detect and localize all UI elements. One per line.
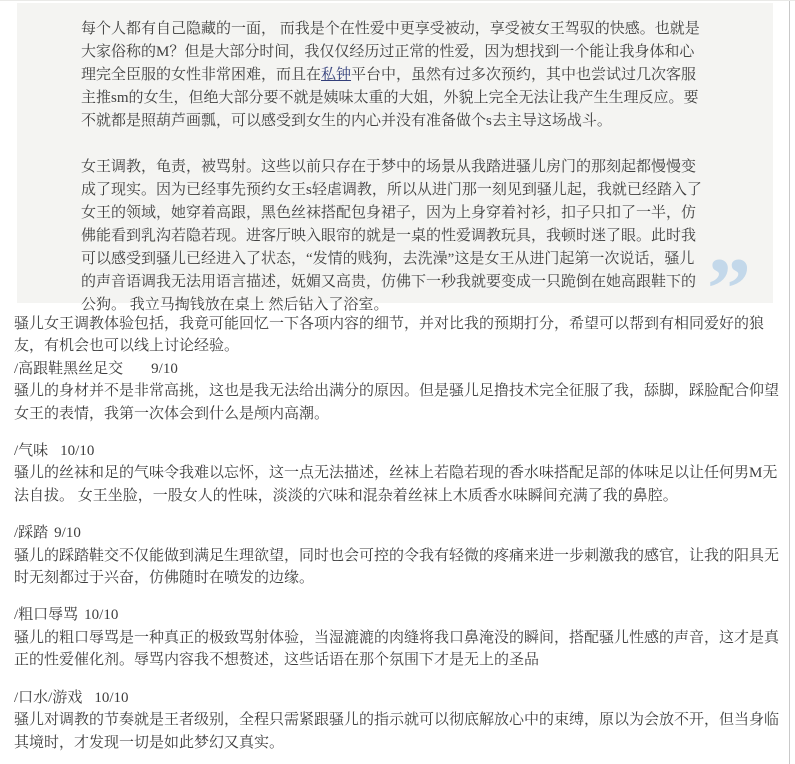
section-body: 骚儿的踩踏鞋交不仅能做到满足生理欲望，同时也会可控的令我有轻微的疼痛来进一步刺激…: [14, 545, 784, 590]
section-body: 骚儿的丝袜和足的气味令我难以忘怀，这一点无法描述，丝袜上若隐若现的香水味搭配足部…: [14, 462, 784, 507]
section-heading: /气味10/10: [14, 440, 784, 462]
section-title: /口水/游戏: [14, 690, 82, 706]
section-body: 骚儿的粗口辱骂是一种真正的极致骂射体验，当湿漉漉的肉缝将我口鼻淹没的瞬间，搭配骚…: [14, 627, 784, 672]
section-heading: /粗口辱骂10/10: [14, 604, 784, 626]
section-title: /粗口辱骂: [14, 607, 78, 623]
review-intro: 骚儿女王调教体验包括，我竟可能回忆一下各项内容的细节，并对比我的预期打分，希望可…: [14, 313, 784, 358]
section-score: 9/10: [54, 522, 81, 544]
paragraph-spacer: [81, 133, 703, 156]
section-heading: /踩踏9/10: [14, 522, 784, 544]
section-title: /踩踏: [14, 525, 48, 541]
section-title: /高跟鞋黑丝足交: [14, 361, 123, 377]
quoted-review-block: 每个人都有自己隐藏的一面， 而我是个在性爱中更享受被动，享受被女王驾驭的快感。也…: [17, 3, 773, 303]
review-section-games: /口水/游戏10/10 骚儿对调教的节奏就是王者级别，全程只需紧跟骚儿的指示就可…: [14, 687, 784, 754]
section-heading: /口水/游戏10/10: [14, 687, 784, 709]
review-body: 骚儿女王调教体验包括，我竟可能回忆一下各项内容的细节，并对比我的预期打分，希望可…: [14, 313, 784, 754]
section-score: 10/10: [60, 440, 94, 462]
section-score: 9/10: [151, 358, 178, 380]
quote-paragraph-1: 每个人都有自己隐藏的一面， 而我是个在性爱中更享受被动，享受被女王驾驭的快感。也…: [81, 18, 703, 133]
page-right-border: [789, 1, 790, 764]
section-title: /气味: [14, 443, 48, 459]
review-section-heels: /高跟鞋黑丝足交9/10 骚儿的身材并不是非常高挑，这也是我无法给出满分的原因。…: [14, 358, 784, 425]
review-section-trampling: /踩踏9/10 骚儿的踩踏鞋交不仅能做到满足生理欲望，同时也会可控的令我有轻微的…: [14, 522, 784, 589]
sizhong-link[interactable]: 私钟: [321, 67, 351, 83]
review-page: 每个人都有自己隐藏的一面， 而我是个在性爱中更享受被动，享受被女王驾驭的快感。也…: [0, 0, 795, 764]
review-section-smell: /气味10/10 骚儿的丝袜和足的气味令我难以忘怀，这一点无法描述，丝袜上若隐若…: [14, 440, 784, 507]
section-body: 骚儿对调教的节奏就是王者级别，全程只需紧跟骚儿的指示就可以彻底解放心中的束缚，原…: [14, 709, 784, 754]
section-heading: /高跟鞋黑丝足交9/10: [14, 358, 784, 380]
section-body: 骚儿的身材并不是非常高挑，这也是我无法给出满分的原因。但是骚儿足撸技术完全征服了…: [14, 380, 784, 425]
quote-paragraph-2: 女王调教，龟责，被骂射。这些以前只存在于梦中的场景从我踏进骚儿房门的那刻起都慢慢…: [81, 156, 703, 317]
review-section-verbal: /粗口辱骂10/10 骚儿的粗口辱骂是一种真正的极致骂射体验，当湿漉漉的肉缝将我…: [14, 604, 784, 671]
section-score: 10/10: [94, 687, 128, 709]
section-score: 10/10: [84, 604, 118, 626]
